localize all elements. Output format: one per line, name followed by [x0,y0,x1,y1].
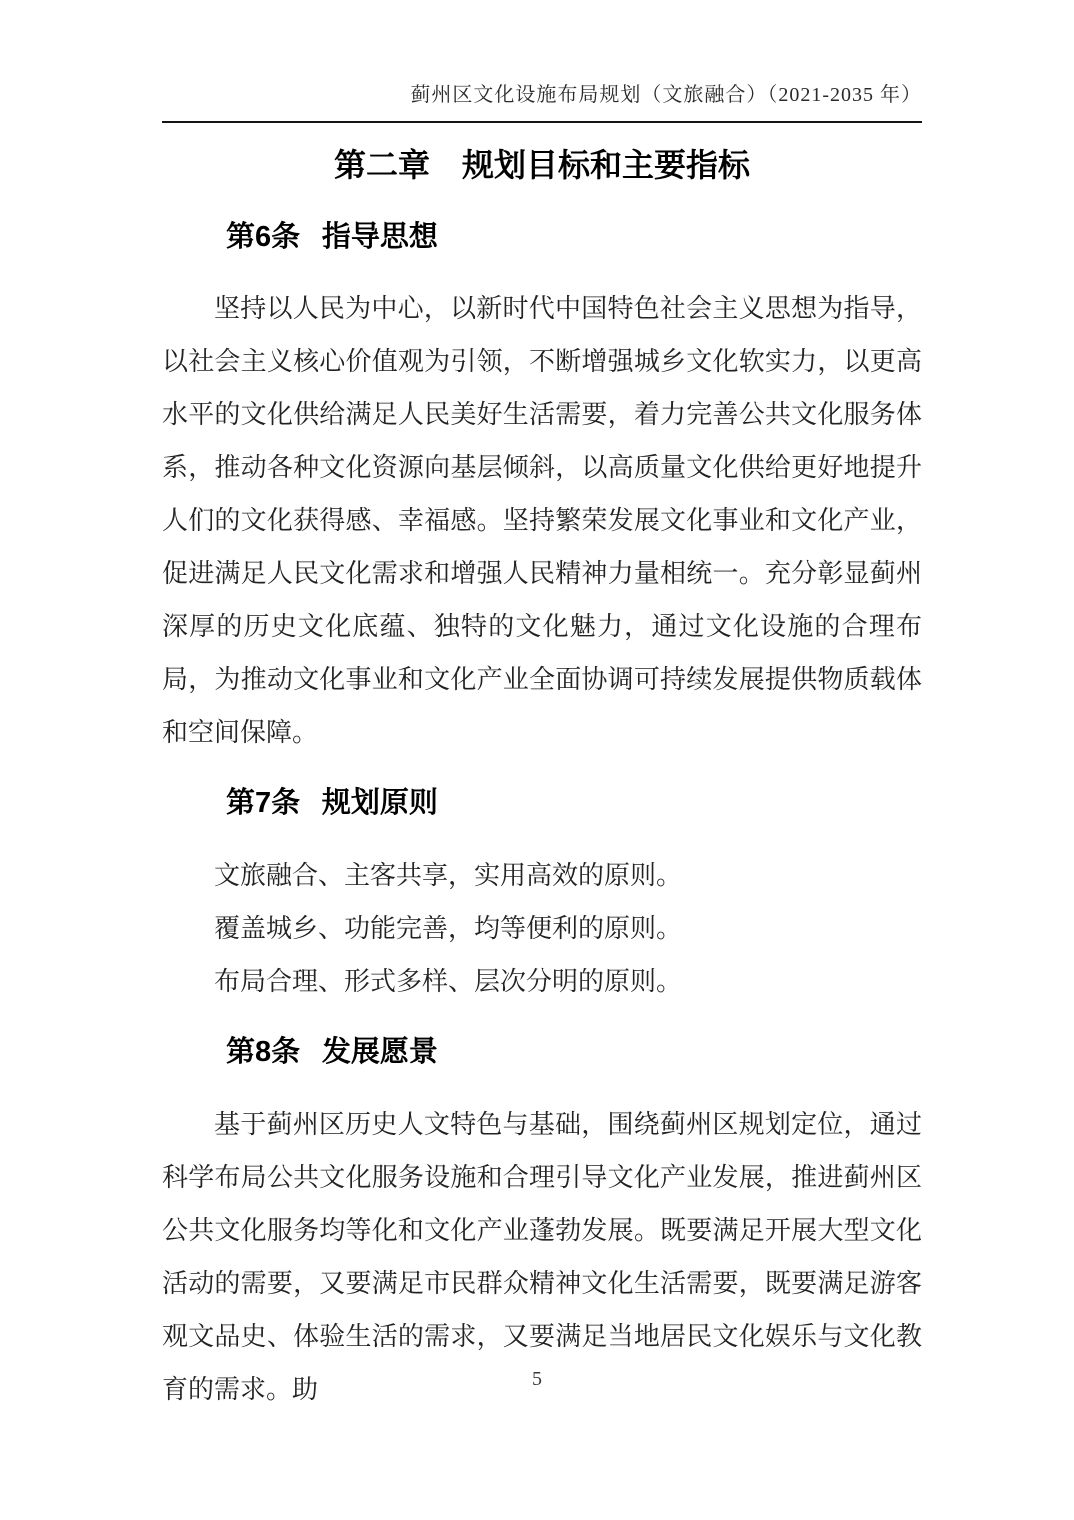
section-title: 规划原则 [322,785,438,823]
document-body: 第二章 规划目标和主要指标 第6条 指导思想 坚持以人民为中心，以新时代中国特色… [162,145,922,1416]
page-header: 蓟州区文化设施布局规划（文旅融合）（2021-2035 年） [162,82,922,123]
section-heading-article-6: 第6条 指导思想 [226,219,922,257]
section-title: 指导思想 [322,219,438,257]
principle-item: 布局合理、形式多样、层次分明的原则。 [162,955,922,1008]
running-header-title: 蓟州区文化设施布局规划（文旅融合）（2021-2035 年） [162,82,922,108]
principle-item: 文旅融合、主客共享，实用高效的原则。 [162,849,922,902]
section-number: 第8条 [226,1034,300,1072]
page-number: 5 [0,1368,1074,1391]
section-number: 第7条 [226,785,300,823]
document-page: 蓟州区文化设施布局规划（文旅融合）（2021-2035 年） 第二章 规划目标和… [0,0,1074,1520]
principle-item: 覆盖城乡、功能完善，均等便利的原则。 [162,902,922,955]
section-number: 第6条 [226,219,300,257]
chapter-name: 规划目标和主要指标 [462,145,750,187]
section-article-8: 第8条 发展愿景 基于蓟州区历史人文特色与基础，围绕蓟州区规划定位，通过科学布局… [162,1034,922,1416]
chapter-title: 第二章 规划目标和主要指标 [162,145,922,187]
section-heading-article-7: 第7条 规划原则 [226,785,922,823]
chapter-number: 第二章 [334,145,430,187]
section-heading-article-8: 第8条 发展愿景 [226,1034,922,1072]
paragraph: 坚持以人民为中心，以新时代中国特色社会主义思想为指导，以社会主义核心价值观为引领… [162,282,922,759]
section-title: 发展愿景 [322,1034,438,1072]
section-article-7: 第7条 规划原则 文旅融合、主客共享，实用高效的原则。 覆盖城乡、功能完善，均等… [162,785,922,1008]
section-article-6: 第6条 指导思想 坚持以人民为中心，以新时代中国特色社会主义思想为指导，以社会主… [162,219,922,760]
header-rule [162,121,922,123]
